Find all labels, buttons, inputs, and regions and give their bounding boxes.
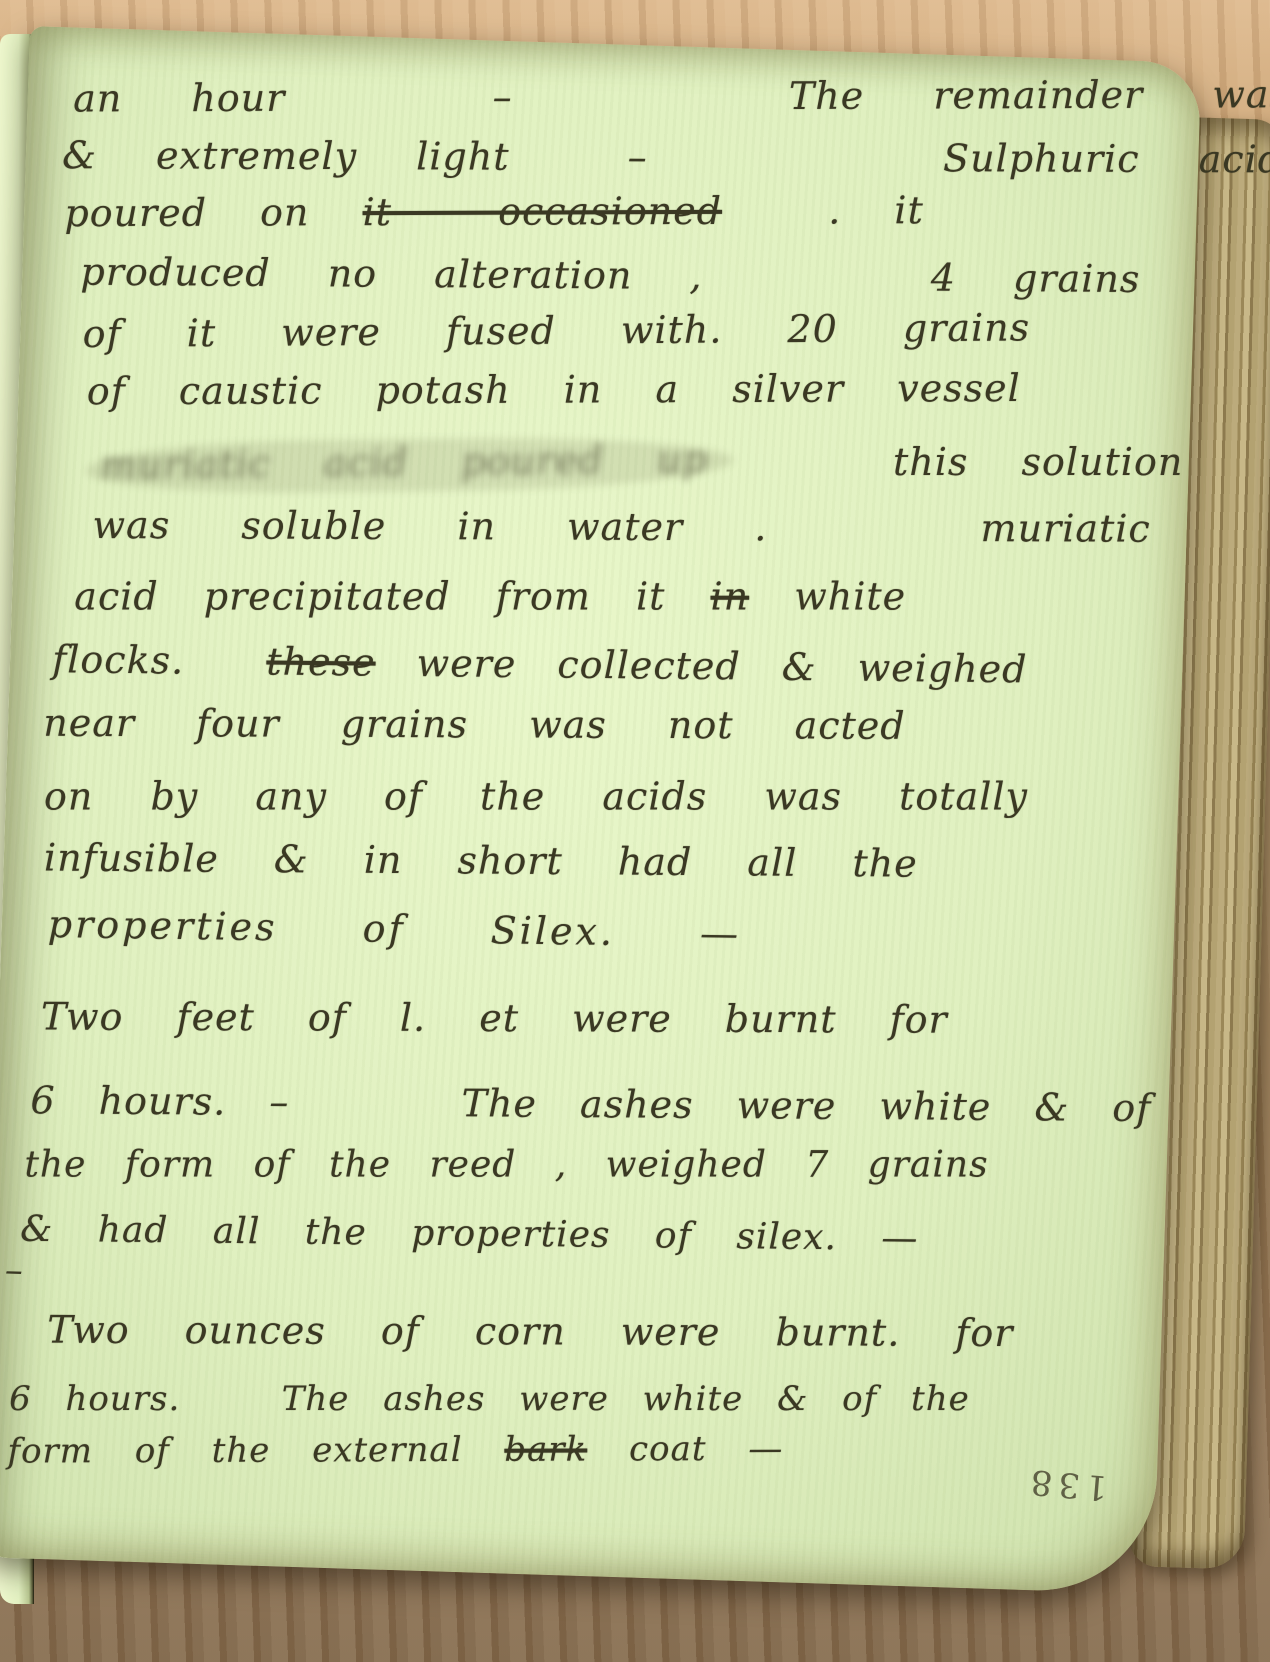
line-text: . it [722,188,924,233]
line-text: was soluble in water . muriatic [92,503,1150,551]
line-text: this solution [734,440,1184,484]
struck-text: it occasioned [362,189,722,234]
manuscript-line: & had all the properties of silex. — [20,1212,918,1257]
margin-dash-mark: – [4,1250,23,1292]
struck-text: bark [504,1430,587,1470]
line-text: infusible & in short had all the [44,836,918,886]
line-text: & extremely light – Sulphuric acid [62,133,1270,181]
line-text: properties of Silex. — [48,902,742,956]
line-text: & had all the properties of silex. — [20,1209,918,1259]
manuscript-line: 6 hours. – The ashes were white & of [30,1081,1151,1127]
line-text: were collected & weighed [375,641,1027,692]
manuscript-line: infusible & in short had all the [44,839,918,883]
manuscript-line: Two feet of l. et were burnt for [41,997,948,1038]
page-number-inverted: 138 [1023,1464,1108,1505]
line-text: poured on [64,190,362,235]
manuscript-line: produced no alteration , 4 grains [80,253,1140,298]
notebook-photo: an hour – The remainder was white & extr… [0,0,1270,1662]
line-text: Two ounces of corn were burnt. for [47,1308,1013,1355]
manuscript-line: & extremely light – Sulphuric acid [62,136,1270,178]
manuscript-line: the form of the reed , weighed 7 grains [24,1148,988,1184]
line-text: the form of the reed , weighed 7 grains [24,1145,988,1186]
manuscript-line: an hour – The remainder was white [73,75,1270,118]
line-text: coat — [587,1429,783,1470]
line-text: 6 hours. – The ashes were white & of [30,1078,1151,1130]
line-text: near four grains was not acted [43,701,906,748]
line-text: an hour – The remainder was [73,72,1270,120]
line-text: Two feet of l. et were burnt for [41,994,948,1041]
line-text: produced no alteration , 4 grains [80,250,1140,301]
manuscript-line: acid precipitated from it in white [74,578,906,616]
line-text: acid precipitated from it [74,575,710,619]
manuscript-line: poured on it occasioned . it [64,191,924,232]
line-text: form of the external [7,1430,504,1472]
manuscript-line: was soluble in water . muriatic [92,506,1150,548]
manuscript-line: on by any of the acids was totally [44,777,1028,815]
smudged-erased-text: muriatic acid poured up [86,436,734,495]
manuscript-line: near four grains was not acted [43,704,905,745]
manuscript-line: of caustic potash in a silver vessel [87,369,1021,410]
manuscript-page: an hour – The remainder was white & extr… [0,26,1201,1594]
line-text: of caustic potash in a silver vessel [87,366,1021,413]
line-text: white [749,575,906,619]
manuscript-line: properties of Silex. — [48,905,742,953]
manuscript-line: 6 hours. The ashes were white & of the [9,1382,970,1416]
line-text: flocks. [52,637,267,683]
manuscript-line: form of the external bark coat — [7,1432,783,1469]
line-text: 6 hours. The ashes were white & of the [9,1379,970,1419]
line-text: of it were fused with. 20 grains [83,305,1031,356]
manuscript-line: of it were fused with. 20 grains [83,308,1031,353]
struck-text: these [266,639,376,684]
line-text: on by any of the acids was totally [44,774,1028,818]
struck-text: in [711,575,750,619]
manuscript-line: muriatic acid poured up this solution [87,439,1184,491]
manuscript-line: Two ounces of corn were burnt. for [47,1311,1013,1352]
manuscript-line: flocks. these were collected & weighed [52,640,1028,688]
